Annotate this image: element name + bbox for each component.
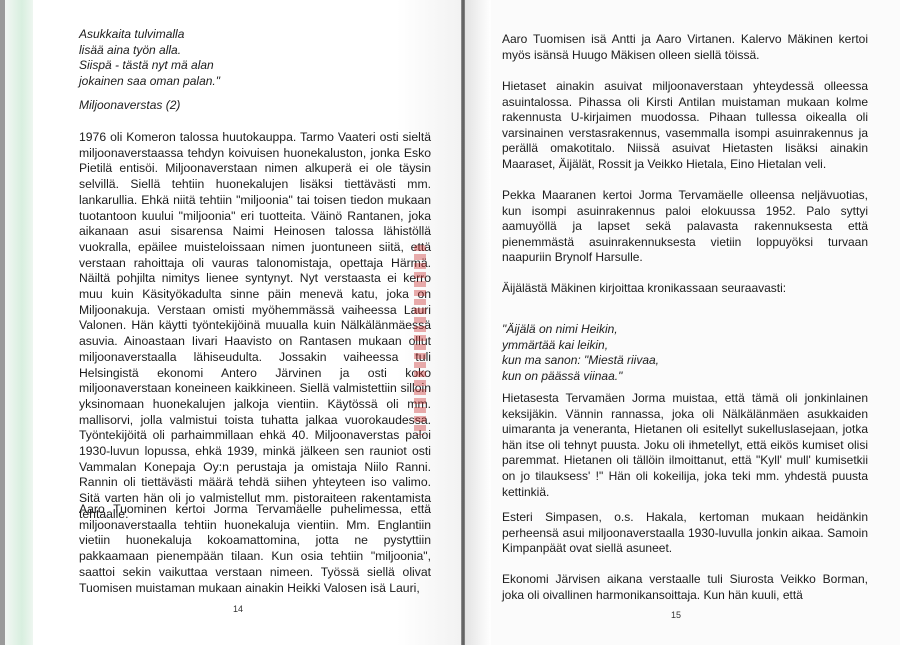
verse-line: kun ma sanon: "Miestä riivaa,: [502, 353, 868, 369]
book-spread: Asukkaita tulvimalla lisää aina työn all…: [0, 0, 900, 645]
page-number-right: 15: [671, 610, 681, 620]
left-paragraph-2: Aaro Tuominen kertoi Jorma Tervamäelle p…: [79, 502, 431, 596]
verse-line: Siispä - tästä nyt mä alan: [79, 58, 431, 74]
section-heading: Miljoonaverstas (2): [79, 98, 431, 114]
right-paragraph-7: Ekonomi Järvisen aikana verstaalle tuli …: [502, 572, 868, 603]
right-paragraph-6: Esteri Simpasen, o.s. Hakala, kertoman m…: [502, 510, 868, 557]
verse-line: "Äijälä on nimi Heikin,: [502, 322, 868, 338]
page-number-left: 14: [233, 604, 243, 614]
verse-line: jokainen saa oman palan.": [79, 74, 431, 90]
right-paragraph-5: Hietasesta Tervamäen Jorma muistaa, että…: [502, 391, 868, 500]
right-verse: "Äijälä on nimi Heikin, ymmärtää kai lei…: [502, 322, 868, 384]
right-paragraph-4: Äijälästä Mäkinen kirjoittaa kronikassaa…: [502, 281, 868, 297]
verse-line: ymmärtää kai leikin,: [502, 338, 868, 354]
verse-line: lisää aina työn alla.: [79, 43, 431, 59]
page-edge: [5, 0, 33, 645]
library-stamp: [414, 245, 426, 435]
left-paragraph-1: 1976 oli Komeron talossa huutokauppa. Ta…: [79, 130, 431, 523]
right-paragraph-2: Hietaset ainakin asuivat miljoonaverstaa…: [502, 79, 868, 173]
right-paragraph-1: Aaro Tuomisen isä Antti ja Aaro Virtanen…: [502, 32, 868, 63]
verse-line: Asukkaita tulvimalla: [79, 27, 431, 43]
verse-line: kun on päässä viinaa.": [502, 369, 868, 385]
right-paragraph-3: Pekka Maaranen kertoi Jorma Tervamäelle …: [502, 188, 868, 266]
left-verse: Asukkaita tulvimalla lisää aina työn all…: [79, 27, 431, 89]
